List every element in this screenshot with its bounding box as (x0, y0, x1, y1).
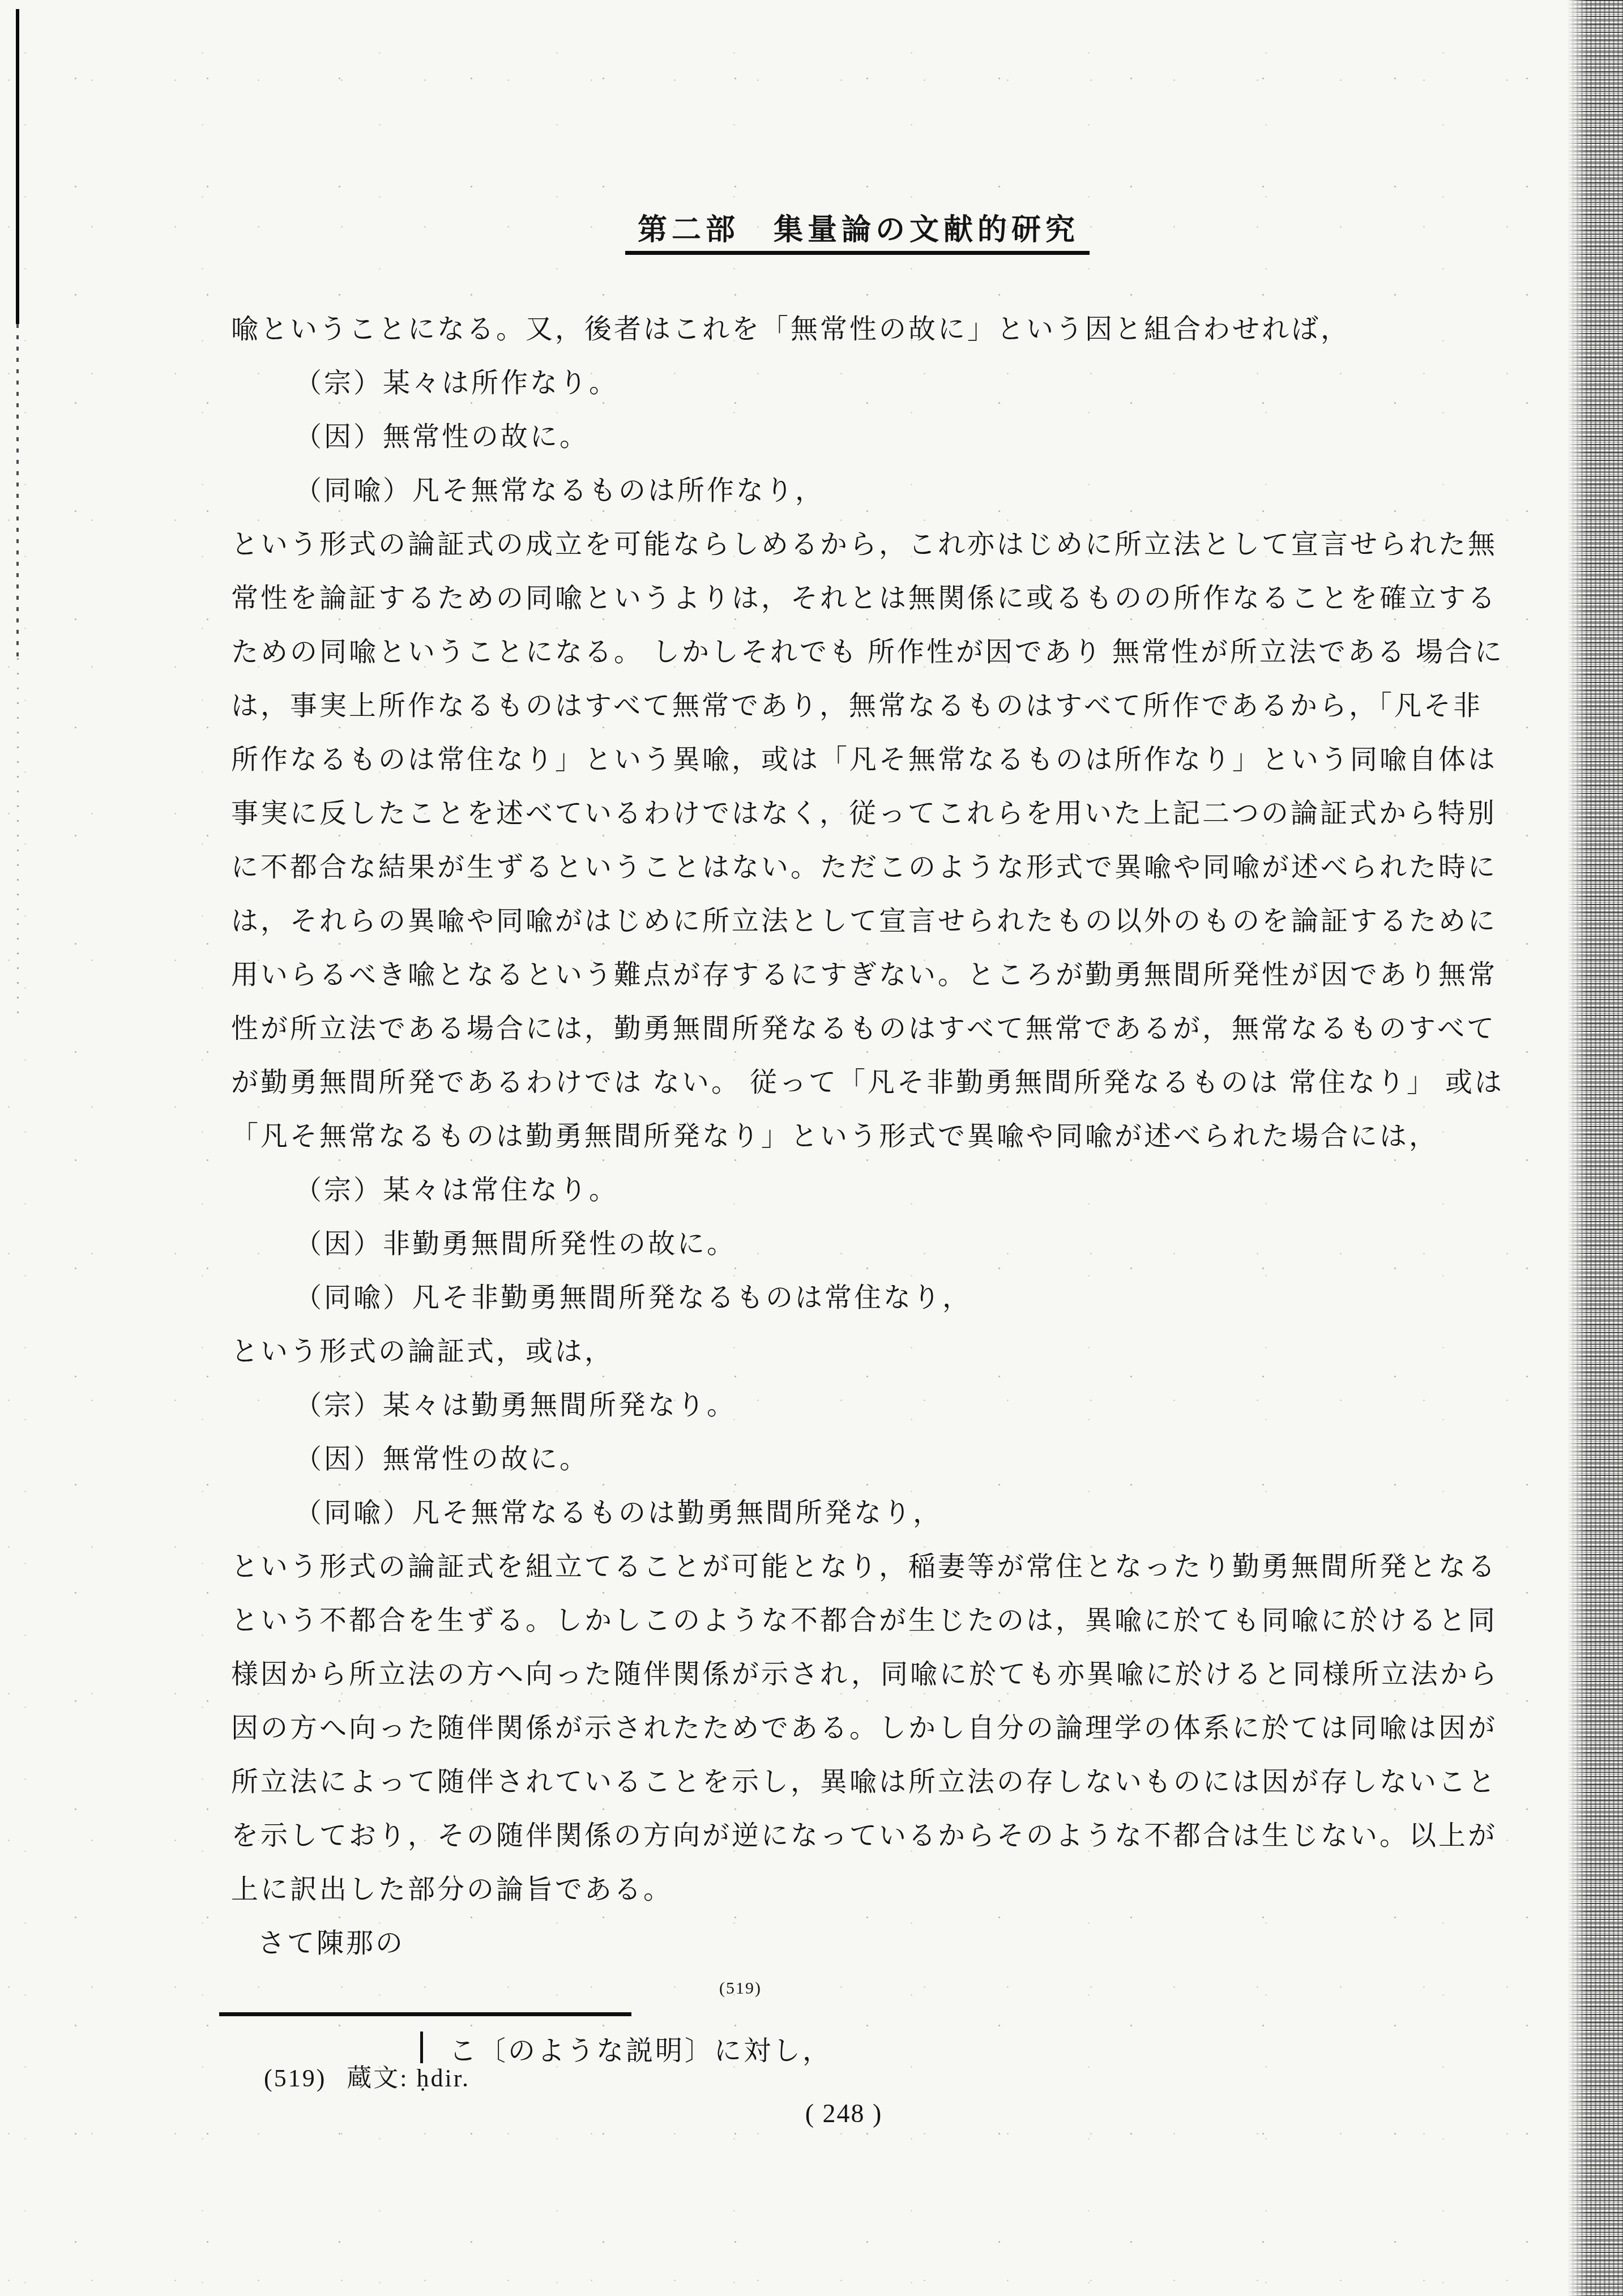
body-line-example: （同喩）凡そ無常なるものは勤勇無間所発なり， (231, 1486, 1551, 1540)
footnote-label: (519) (264, 2064, 326, 2092)
body-line-proposition: （宗）某々は常住なり。 (231, 1163, 1551, 1217)
body-line: という形式の論証式の成立を可能ならしめるから，これ亦はじめに所立法として宣言せら… (231, 518, 1551, 571)
body-line: 用いらるべき喩となるという難点が存するにすぎない。ところが勤勇無間所発性が因であ… (231, 948, 1551, 1002)
body-line: 様因から所立法の方へ向った随伴関係が示され，同喩に於ても亦異喩に於けると同様所立… (231, 1648, 1551, 1701)
body-line: は，事実上所作なるものはすべて無常であり，無常なるものはすべて所作であるから，「… (231, 679, 1551, 733)
left-margin-scan-line-dotted (17, 658, 19, 1021)
translation-quote-text: こ〔のような説明〕に対し， (449, 2036, 832, 2066)
body-line-reason: （因）無常性の故に。 (231, 410, 1551, 464)
body-line: に不都合な結果が生ずるということはない。ただこのような形式で異喩や同喩が述べられ… (231, 840, 1551, 894)
body-line: 所立法によって随伴されていることを示し，異喩は所立法の存しないものには因が存しな… (231, 1755, 1551, 1809)
body-line: 常性を論証するための同喩というよりは，それとは無関係に或るものの所作なることを確… (231, 571, 1551, 625)
footnote: (519)蔵文: ḥdir. (232, 2017, 470, 2058)
left-margin-scan-line-dashed (16, 324, 19, 658)
page-number: ( 248 ) (770, 2097, 917, 2131)
footnote-ref-superscript: (519) (719, 1961, 762, 2015)
body-line-example: （同喩）凡そ非勤勇無間所発なるものは常住なり， (231, 1271, 1551, 1325)
body-line: という不都合を生ずる。しかしこのような不都合が生じたのは，異喩に於ても同喩に於け… (231, 1594, 1551, 1648)
body-line: 上に訳出した部分の論旨である。 (231, 1863, 1551, 1917)
body-line: 喩ということになる。又，後者はこれを「無常性の故に」という因と組合わせれば， (231, 302, 1551, 356)
body-line: 所作なるものは常住なり」という異喩，或は「凡そ無常なるものは所作なり」という同喩… (231, 733, 1551, 787)
body-line: という形式の論証式，或は， (231, 1325, 1551, 1379)
body-line: を示しており，その随伴関係の方向が逆になっているからそのような不都合は生じない。… (231, 1809, 1551, 1863)
scan-noise-band (1568, 0, 1623, 2296)
body-line: 「凡そ無常なるものは勤勇無間所発なり」という形式で異喩や同喩が述べられた場合には… (231, 1109, 1551, 1163)
body-line: 性が所立法である場合には，勤勇無間所発なるものはすべて無常であるが，無常なるもの… (231, 1002, 1551, 1056)
body-line-proposition: （宗）某々は所作なり。 (231, 356, 1551, 410)
body-line-reason: （因）無常性の故に。 (231, 1432, 1551, 1486)
header-underline (625, 251, 1090, 255)
scanned-book-page: 第二部 集量論の文献的研究 喩ということになる。又，後者はこれを「無常性の故に」… (0, 0, 1623, 2296)
footnote-divider (219, 2012, 631, 2016)
body-line: という形式の論証式を組立てることが可能となり，稲妻等が常住となったり勤勇無間所発… (231, 1540, 1551, 1594)
body-line-reason: （因）非勤勇無間所発性の故に。 (231, 1217, 1551, 1271)
body-line: が勤勇無間所発であるわけでは ない。 従って「凡そ非勤勇無間所発なるものは 常住… (231, 1056, 1551, 1109)
body-line-proposition: （宗）某々は勤勇無間所発なり。 (231, 1379, 1551, 1432)
body-line: さて陳那の (231, 1917, 1551, 1970)
left-margin-scan-line (16, 9, 19, 324)
body-text: 喩ということになる。又，後者はこれを「無常性の故に」という因と組合わせれば， （… (231, 302, 1551, 2024)
footnote-text: 蔵文: ḥdir. (347, 2064, 470, 2092)
chapter-header: 第二部 集量論の文献的研究 (629, 213, 1088, 248)
body-line: 事実に反したことを述べているわけではなく，従ってこれらを用いた上記二つの論証式か… (231, 787, 1551, 840)
body-line: ための同喩ということになる。 しかしそれでも 所作性が因であり 無常性が所立法で… (231, 625, 1551, 679)
body-line: は，それらの異喩や同喩がはじめに所立法として宣言せられたもの以外のものを論証する… (231, 894, 1551, 948)
body-line: 因の方へ向った随伴関係が示されたためである。しかし自分の論理学の体系に於ては同喩… (231, 1701, 1551, 1755)
body-line-example: （同喩）凡そ無常なるものは所作なり， (231, 464, 1551, 518)
